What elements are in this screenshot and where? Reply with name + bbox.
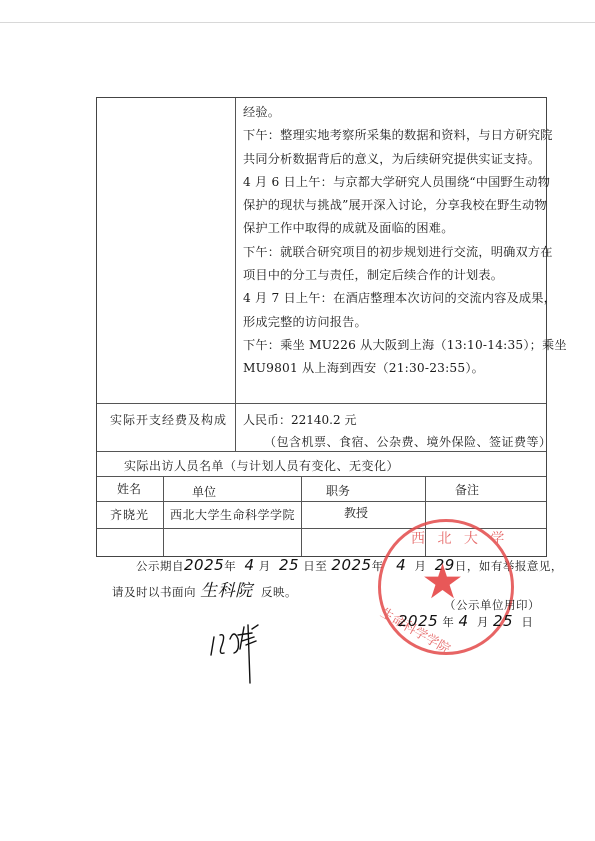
- itinerary-line: 下午：就联合研究项目的初步规划进行交流，明确双方在: [243, 241, 542, 264]
- itinerary-line: 项目中的分工与责任，制定后续合作的计划表。: [243, 264, 542, 287]
- sign-month: 4: [459, 612, 469, 630]
- handwritten-signature: [200, 615, 290, 685]
- header-unit: 单位: [192, 483, 216, 500]
- header-notes: 备注: [455, 481, 479, 498]
- expense-label-cell: 实际开支经费及构成: [97, 404, 235, 451]
- person-title-cell: 教授: [301, 502, 425, 528]
- itinerary-line: 经验。: [243, 101, 542, 124]
- empty-name-cell: [97, 529, 163, 556]
- itinerary-row: 经验。 下午：整理实地考察所采集的数据和资料，与日方研究院 共同分析数据背后的意…: [97, 98, 546, 404]
- header-title-cell: 职务: [301, 477, 425, 501]
- header-name-cell: 姓名: [97, 477, 163, 501]
- person-unit-cell: 西北大学生命科学学院: [163, 502, 301, 528]
- person-title: 教授: [344, 504, 368, 521]
- header-name: 姓名: [117, 480, 141, 497]
- notice-line2-prefix: 请及时以书面向: [112, 585, 196, 599]
- page-top-edge: [0, 22, 595, 23]
- itinerary-text: 经验。 下午：整理实地考察所采集的数据和资料，与日方研究院 共同分析数据背后的意…: [243, 101, 542, 381]
- empty-unit-cell: [163, 529, 301, 556]
- itinerary-line: 下午：乘坐 MU226 从大阪到上海（13:10-14:35）；乘坐: [243, 334, 542, 357]
- notice-line2-suffix: 反映。: [261, 585, 297, 599]
- itinerary-line: 保护的现状与挑战”展开深入讨论，分享我校在野生动物: [243, 194, 542, 217]
- itinerary-line: 共同分析数据背后的意义，为后续研究提供实证支持。: [243, 148, 542, 171]
- year-char: 年: [442, 615, 454, 629]
- itinerary-cell: 经验。 下午：整理实地考察所采集的数据和资料，与日方研究院 共同分析数据背后的意…: [235, 98, 546, 403]
- start-year: 2025: [184, 556, 224, 574]
- start-month: 4: [245, 556, 255, 574]
- notice-prefix: 公示期自: [136, 559, 184, 573]
- seal-label: （公示单位用印）: [444, 597, 540, 613]
- person-name-cell: 齐晓光: [97, 502, 163, 528]
- year-char: 年: [224, 559, 236, 573]
- person-name: 齐晓光: [110, 506, 149, 523]
- expense-amount: 人民币：22140.2 元: [243, 411, 356, 428]
- sign-date: 2025 年 4 月 25 日: [398, 612, 533, 630]
- end-year: 2025: [331, 556, 371, 574]
- sign-year: 2025: [398, 612, 438, 630]
- expense-breakdown: （包含机票、食宿、公杂费、境外保险、签证费等）: [264, 433, 552, 450]
- day-char: 日: [521, 615, 533, 629]
- notice-line-2: 请及时以书面向 生科院 反映。: [112, 576, 297, 601]
- personnel-row: 齐晓光 西北大学生命科学学院 教授: [97, 502, 546, 529]
- header-notes-cell: 备注: [425, 477, 546, 501]
- report-table: 经验。 下午：整理实地考察所采集的数据和资料，与日方研究院 共同分析数据背后的意…: [96, 97, 547, 557]
- expense-value-cell: 人民币：22140.2 元 （包含机票、食宿、公杂费、境外保险、签证费等）: [235, 404, 546, 451]
- personnel-header-row: 姓名 单位 职务 备注: [97, 477, 546, 502]
- itinerary-line: 保护工作中取得的成就及面临的困难。: [243, 217, 542, 240]
- itinerary-line: 4 月 7 日上午：在酒店整理本次访问的交流内容及成果，: [243, 287, 542, 310]
- month-char: 月: [259, 559, 271, 573]
- personnel-title-row: 实际出访人员名单（与计划人员有变化、无变化）: [97, 452, 546, 477]
- itinerary-line: 下午：整理实地考察所采集的数据和资料，与日方研究院: [243, 124, 542, 147]
- person-unit: 西北大学生命科学学院: [170, 506, 295, 523]
- seal-top-text: 西 北 大 学: [411, 528, 508, 548]
- expense-row: 实际开支经费及构成 人民币：22140.2 元 （包含机票、食宿、公杂费、境外保…: [97, 404, 546, 452]
- month-char: 月: [477, 615, 489, 629]
- itinerary-line: MU9801 从上海到西安（21:30-23:55）。: [243, 357, 542, 380]
- itinerary-line: 形成完整的访问报告。: [243, 311, 542, 334]
- start-day: 25: [279, 556, 299, 574]
- dept-handwritten: 生科院: [200, 581, 253, 601]
- official-seal: 西 北 大 学 ★ 生命科学学院: [378, 519, 514, 655]
- itinerary-line: 4 月 6 日上午：与京都大学研究人员围绕“中国野生动物: [243, 171, 542, 194]
- header-unit-cell: 单位: [163, 477, 301, 501]
- to-text: 日至: [303, 559, 327, 573]
- expense-label: 实际开支经费及构成: [110, 411, 227, 428]
- sign-day: 25: [493, 612, 513, 630]
- personnel-title: 实际出访人员名单（与计划人员有变化、无变化）: [124, 457, 399, 474]
- header-title: 职务: [326, 482, 350, 499]
